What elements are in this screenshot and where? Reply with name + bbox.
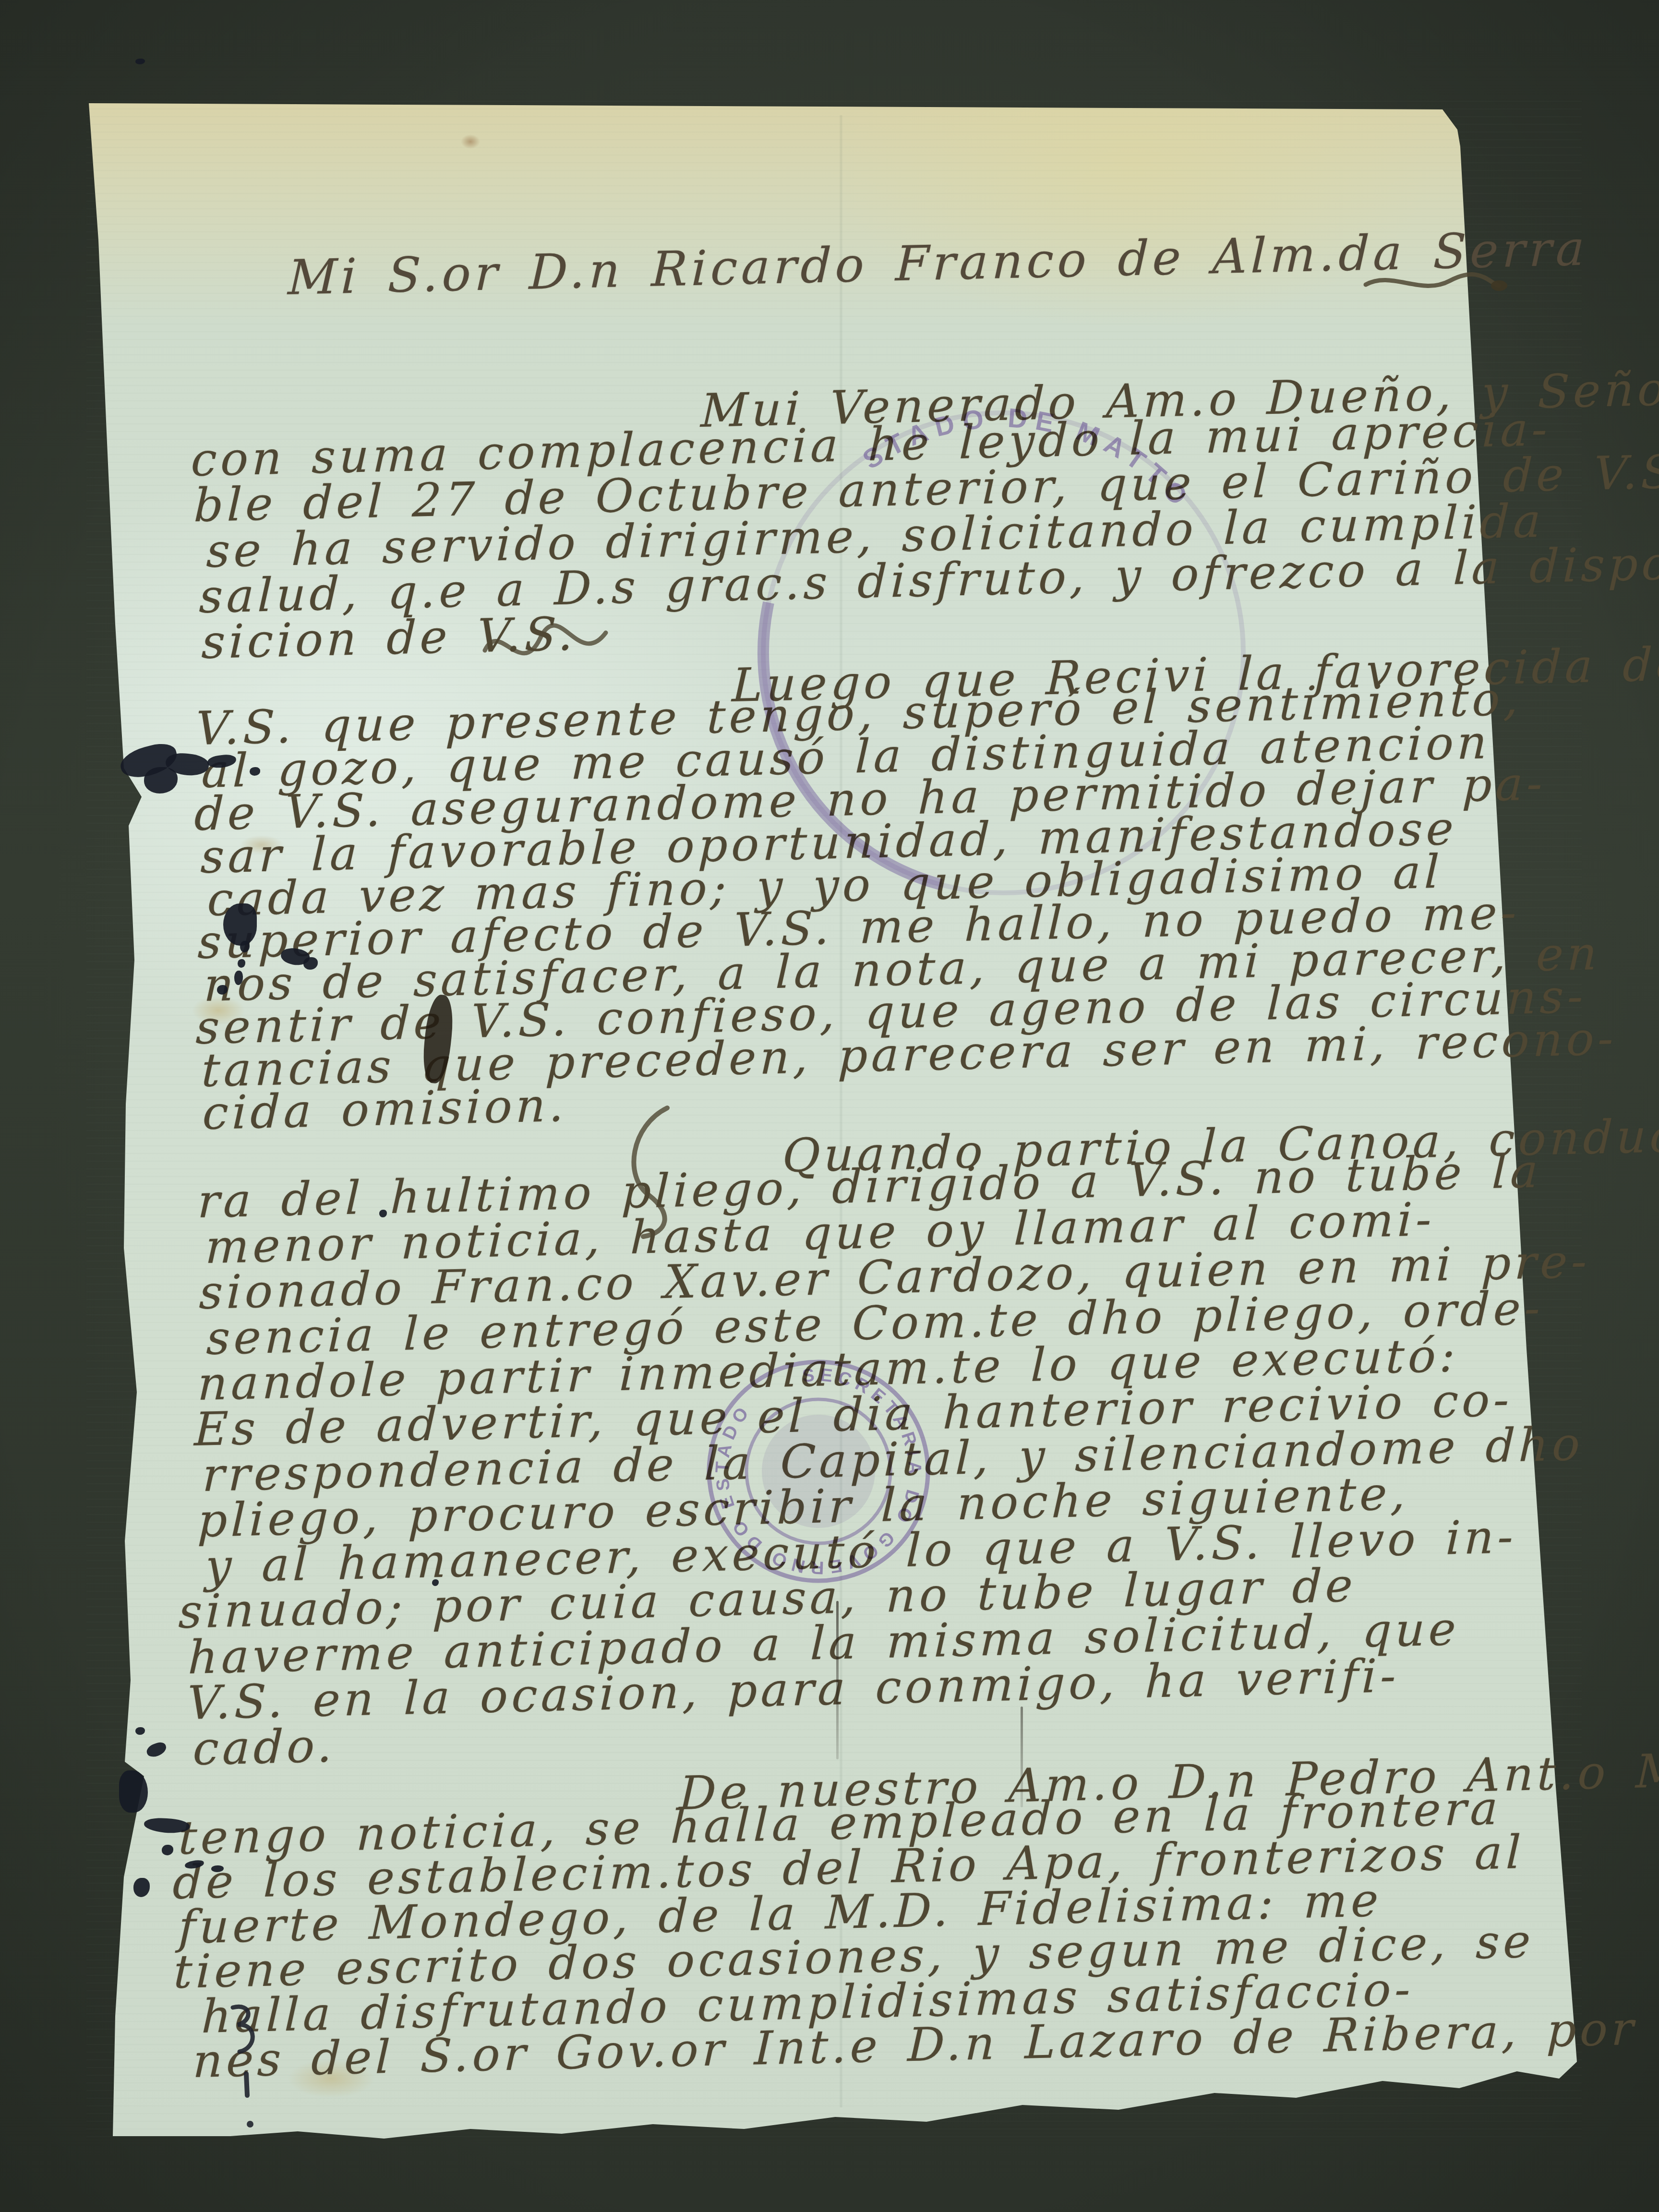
svg-text:STADO DE MATTO: STADO DE MATTO [857,402,1199,516]
handwritten-line: cida omision. [202,1078,568,1140]
photographed-manuscript: { "letter": { "salutation": "Mi S.or D.n… [0,0,1659,2212]
ink-drip [1021,1707,1023,1807]
stamp-arc-text: STADO DE MATTO [857,402,1199,516]
ink-drip [836,1601,839,1759]
ink-blot [223,903,257,946]
ink-blot [119,1770,148,1813]
pen-trial-mark [223,2002,266,2136]
archive-stamp-top: STADO DE MATTO [739,389,1267,917]
salutation-flourish [1363,262,1507,305]
archive-stamp-middle: SECRETARIA DO GOVERNO DO ESTADO [679,1332,957,1610]
handwritten-line: cado. [192,1719,337,1776]
paragraph-rubric [480,610,614,691]
